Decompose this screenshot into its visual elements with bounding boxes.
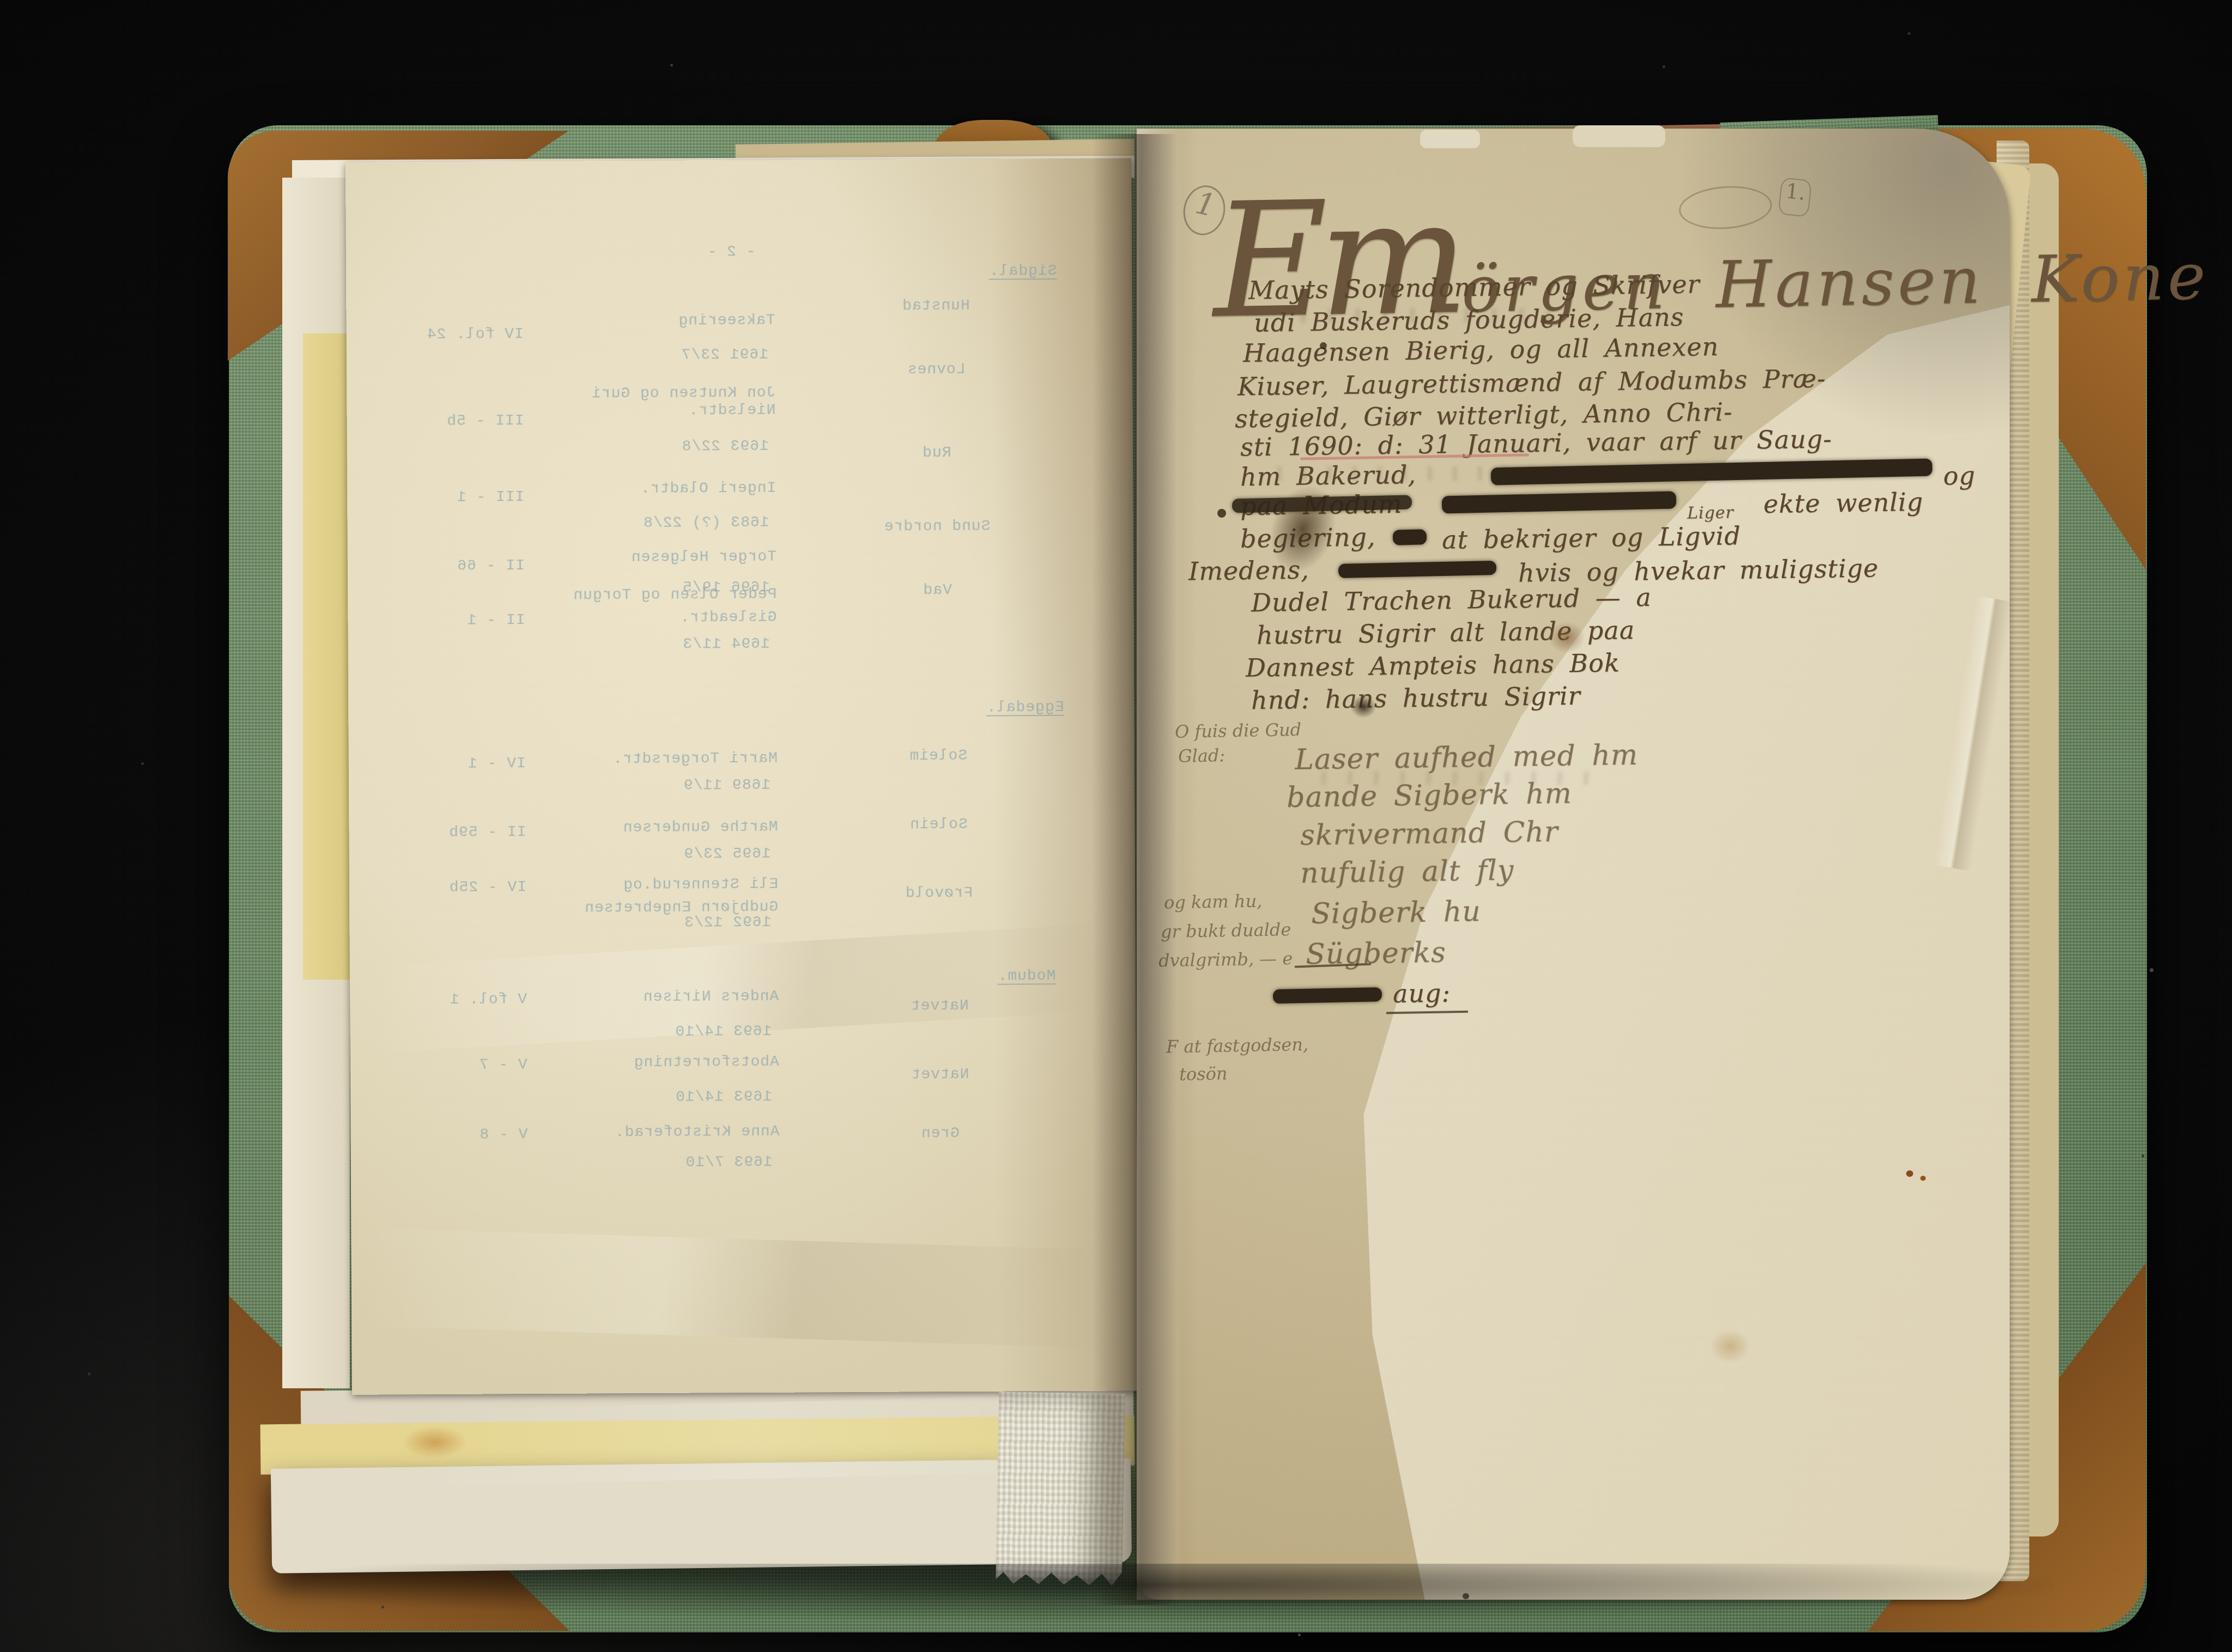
typed-entry-date: 1693 14/10	[675, 1089, 772, 1106]
typed-entry-text: Eli Stennerud.og	[623, 876, 778, 894]
typed-entry-text: Marthe Gundersen	[623, 819, 778, 836]
handwritten-line: nufulig alt fly	[1300, 854, 1514, 889]
handwritten-line: Laser aufhed med hm	[1295, 739, 1639, 776]
typed-entry-text: Marri Torgersdtr.	[612, 750, 778, 768]
typed-entry-text: Ingeri Oladtr.	[640, 480, 776, 497]
typed-entry-date: 1695 23/9	[683, 846, 771, 863]
ink-dot	[1217, 509, 1226, 518]
typed-place: Hunstad	[848, 297, 1023, 315]
margin-note: tosön	[1179, 1063, 1228, 1085]
interlinear-insertion: Liger	[1687, 503, 1734, 523]
typed-entry-text: Peder Olsen og Torgun	[573, 586, 777, 604]
typed-entry-date: 1692 12/3	[684, 914, 771, 932]
typed-bleed-through-mirrored: - 2 - Sigdal. Eggedal. Modum. Hunstad Lo…	[345, 158, 1138, 1395]
dust-specks	[0, 0, 2, 2]
handwritten-line: udi Buskeruds fougderie, Hans	[1254, 302, 1684, 337]
page-wrinkle	[417, 1395, 1094, 1486]
typed-section-heading: Eggedal.	[954, 699, 1096, 716]
margin-note: Glad:	[1178, 745, 1226, 766]
typed-entry-text: Nielsdtr.	[688, 402, 775, 420]
typed-entry-date: 1693 22/8	[682, 438, 769, 455]
line-segment: ekte wenlig	[1763, 487, 1924, 519]
typed-place: Lovnes	[849, 361, 1023, 379]
white-ribbon-bookmark	[996, 1392, 1125, 1586]
typed-entry-text: Takseering	[678, 312, 775, 330]
typed-entry-ref: II - 59b	[448, 824, 526, 841]
left-page: - 2 - Sigdal. Eggedal. Modum. Hunstad Lo…	[345, 158, 1138, 1395]
ink-dot	[1320, 342, 1327, 349]
rust-speck	[1920, 1176, 1926, 1181]
typed-place: Soleim	[851, 747, 1026, 765]
typed-entry-text: Gisleadtr.	[680, 609, 777, 627]
typed-entry-date: 1693 14/10	[675, 1023, 772, 1041]
typed-entry-date: 1689 11/9	[683, 777, 771, 794]
book-bottom-shadow	[256, 1564, 2054, 1635]
typed-entry-ref: II - 66	[457, 557, 525, 575]
margin-note: dvalgrimb, — e	[1159, 948, 1293, 971]
margin-note: F at fastgodsen,	[1166, 1034, 1309, 1058]
typed-entry-text: Jon Knutsen og Guri	[591, 385, 775, 403]
rust-speck	[1906, 1170, 1913, 1177]
typed-place: Gren	[853, 1125, 1027, 1143]
typed-section-heading: Sigdal.	[952, 263, 1094, 280]
typed-entry-date: 1694 11/3	[682, 636, 769, 653]
handwritten-line: Mayts Sorendommer og Skrifver	[1248, 269, 1700, 305]
typed-entry-ref: IV fol. 24	[427, 326, 524, 343]
ink-blot	[1350, 695, 1376, 718]
margin-note: O fuis die Gud	[1175, 719, 1302, 742]
typed-entry-date: 1683 (?) 22/8	[643, 514, 769, 532]
typed-place: Rud	[850, 444, 1024, 462]
line-segment: hvis og hvekar muligstige	[1518, 553, 1879, 587]
typed-entry-date: 1693 7/10	[685, 1154, 772, 1171]
typed-place: Vad	[850, 581, 1024, 599]
right-page: 1 1. Em örgen Hansen Kone Mayts Sorendom…	[1137, 129, 2010, 1600]
handwritten-line: hnd: hans hustru Sigrir	[1251, 681, 1581, 715]
gutter-shadow	[1092, 134, 1177, 1605]
typed-entry-ref: V - 8	[479, 1126, 527, 1143]
margin-note: og kam hu,	[1164, 890, 1263, 913]
typed-section-heading: Modum.	[956, 968, 1097, 985]
line-segment: hm Bakerud,	[1240, 460, 1417, 492]
line-segment: aug:	[1393, 978, 1451, 1008]
typed-entry-text: Abotsforretning	[634, 1054, 779, 1071]
typed-entry-ref: III - 5b	[446, 412, 524, 430]
handwritten-line: bande Sigberk hm	[1287, 777, 1572, 813]
line-segment: og	[1943, 461, 1976, 491]
margin-note: gr bukt dualde	[1161, 919, 1291, 942]
tissue-fragment	[1420, 130, 1480, 148]
typed-entry-ref: IV - 1	[468, 755, 526, 773]
handwritten-line-struck: hm Bakerud,	[1240, 460, 1417, 492]
ink-strikethrough	[1338, 561, 1496, 578]
handwritten-line: Haagensen Bierig, og all Annexen	[1243, 332, 1719, 368]
handwritten-line: Dudel Trachen Bukerud — a	[1251, 582, 1652, 617]
typed-place: Natvet	[852, 997, 1027, 1015]
ink-strikethrough	[1442, 491, 1677, 514]
brown-stain	[1548, 622, 1585, 653]
typed-entry-text: Torger Helgesen	[631, 549, 777, 566]
archival-photo: - 2 - Sigdal. Eggedal. Modum. Hunstad Lo…	[0, 0, 2232, 1652]
line-segment: at bekriger og Ligvid	[1442, 521, 1741, 555]
typed-place: Natvet	[853, 1066, 1027, 1084]
typed-entry-ref: II - 1	[467, 612, 525, 629]
typed-place: Solein	[851, 816, 1026, 834]
typed-place: Sund nordre	[850, 518, 1024, 536]
typed-entry-text: Anne Kristoferad.	[615, 1123, 780, 1141]
typed-entry-text: Anders Nirisen	[643, 988, 779, 1006]
typed-entry-ref: IV - 25b	[449, 879, 527, 896]
typed-place: Frøvold	[852, 884, 1026, 902]
under-sheet-yellow-left-edge	[303, 333, 350, 980]
typed-entry-ref: V fol. 1	[450, 991, 527, 1009]
ink-blot-strike	[1393, 529, 1427, 545]
tissue-fragment	[1573, 125, 1665, 147]
typed-entry-ref: V - 7	[479, 1056, 527, 1073]
ink-strikethrough	[1273, 987, 1382, 1004]
typed-page-number: - 2 -	[682, 244, 780, 261]
typed-entry-ref: III - 1	[457, 489, 525, 506]
handwritten-line: Sigberk hu	[1311, 895, 1481, 930]
yellow-stain	[1710, 1329, 1750, 1363]
handwritten-line: skrivermand Chr	[1300, 816, 1558, 852]
typed-entry-date: 1691 23/7	[681, 347, 768, 364]
